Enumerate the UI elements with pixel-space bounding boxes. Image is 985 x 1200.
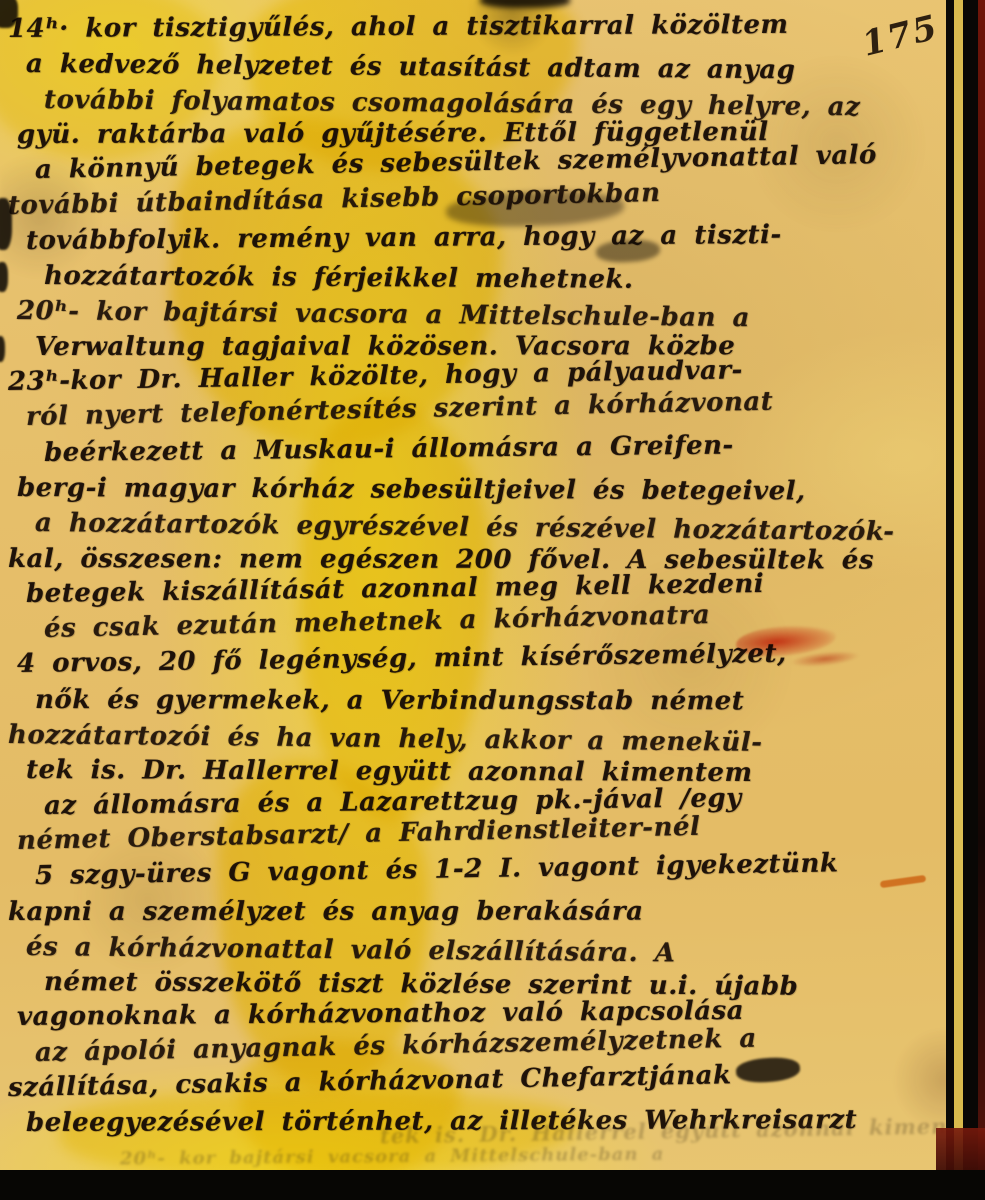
handwritten-line: beérkezett a Muskau-i állomásra a Greife… [44, 430, 734, 467]
handwritten-line: hozzátartozók is férjeikkel mehetnek. [44, 261, 634, 295]
handwritten-line: a kedvező helyzetet és utasítást adtam a… [26, 49, 796, 85]
handwritten-line: szállítása, csakis a kórházvonat Chefarz… [8, 1060, 732, 1103]
bleed-through-text: 20ʰ- kor bajtársi vacsora a Mittelschule… [120, 1144, 665, 1170]
next-page-edge [954, 0, 963, 1200]
ink-smudge [480, 0, 570, 8]
orange-pencil-dash [880, 875, 927, 888]
handwritten-line: kapni a személyzet és anyag berakására [8, 896, 643, 926]
book-cover-sliver [936, 1128, 985, 1174]
handwritten-line: a hozzátartozók egyrészével és részével … [35, 508, 895, 547]
book-spine-edge [978, 0, 985, 1200]
handwritten-line: nők és gyermekek, a Verbindungsstab néme… [35, 685, 744, 716]
handwritten-line: 5 szgy-üres G vagont és 1-2 I. vagont ig… [35, 849, 839, 892]
page-number: 175 [858, 7, 942, 64]
ink-smudge [0, 262, 8, 292]
handwritten-line: további útbaindítása kisebb csoportokban [8, 178, 661, 221]
ink-blot-mark [735, 1056, 801, 1084]
handwritten-line: hozzátartozói és ha van hely, akkor a me… [8, 720, 763, 758]
ink-smudge [0, 336, 5, 362]
handwritten-line: továbbfolyik. remény van arra, hogy az a… [26, 220, 782, 256]
handwritten-line: 20ʰ- kor bajtársi vacsora a Mittelschule… [17, 296, 750, 333]
handwritten-line: és a kórházvonattal való elszállítására.… [26, 932, 676, 968]
scan-bottom-border [0, 1170, 985, 1200]
handwritten-line: 14ʰ· kor tisztigyűlés, ahol a tisztikarr… [8, 10, 789, 44]
page-edge-shadow [963, 0, 978, 1200]
handwritten-line: 4 orvos, 20 fő legénység, mint kísérősze… [17, 639, 787, 679]
page-edge-shadow [946, 0, 954, 1200]
red-strike-mark [789, 648, 860, 669]
scanned-page: 14ʰ· kor tisztigyűlés, ahol a tisztikarr… [0, 0, 985, 1200]
handwritten-line: tek is. Dr. Hallerrel együtt azonnal kim… [26, 755, 753, 788]
handwritten-line: berg-i magyar kórház sebesültjeivel és b… [17, 473, 806, 506]
